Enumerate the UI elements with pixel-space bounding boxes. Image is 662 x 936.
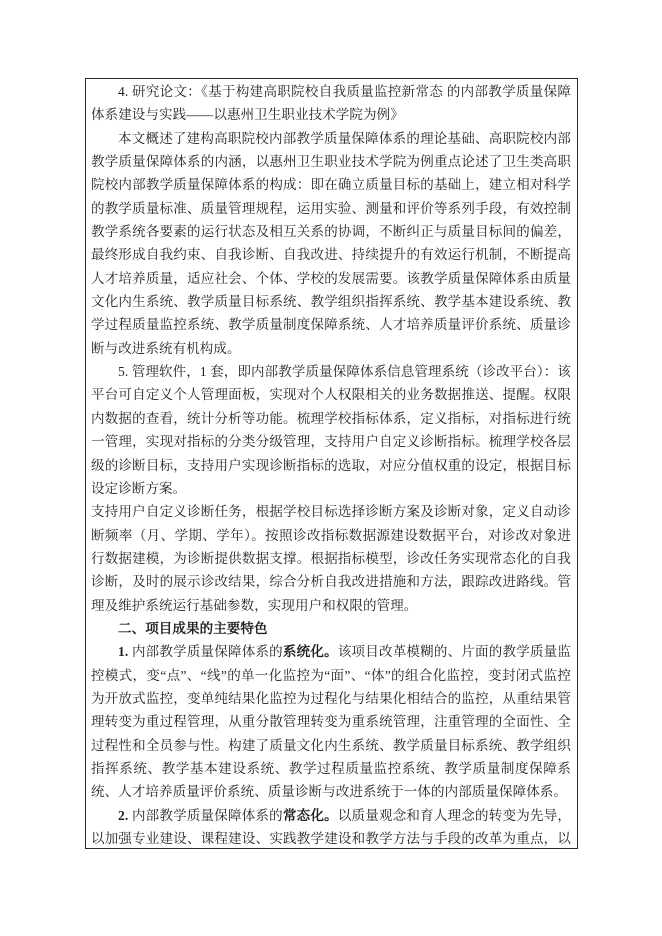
text-run: 1. [118,644,132,659]
text-run: 系统化。 [283,644,338,659]
text-run: 4. 研究论文：《基于构建高职院校自我质量监控新常态 的内部教学质量保障体系建设… [91,84,571,122]
content-border-box: 4. 研究论文：《基于构建高职院校自我质量监控新常态 的内部教学质量保障体系建设… [85,78,578,849]
text-run: 2. [118,808,132,823]
text-run: 内部教学质量保障体系的 [132,644,283,659]
paragraph: 支持用户自定义诊断任务，根据学校目标选择诊断方案及诊断对象，定义自动诊断频率（月… [91,500,571,617]
section-heading: 二、项目成果的主要特色 [91,617,571,640]
paragraph: 本文概述了建构高职院校内部教学质量保障体系的理论基础、高职院校内部教学质量保障体… [91,127,571,360]
paragraph: 2. 内部教学质量保障体系的常态化。以质量观念和育人理念的转变为先导，以加强专业… [91,804,571,849]
document-body: 4. 研究论文：《基于构建高职院校自我质量监控新常态 的内部教学质量保障体系建设… [91,80,571,849]
text-run: 本文概述了建构高职院校内部教学质量保障体系的理论基础、高职院校内部教学质量保障体… [91,131,571,356]
text-run: 二、项目成果的主要特色 [118,621,268,636]
paragraph: 5. 管理软件，1 套，即内部教学质量保障体系信息管理系统（诊改平台）：该平台可… [91,360,571,500]
text-run: 5. 管理软件，1 套，即内部教学质量保障体系信息管理系统（诊改平台）：该平台可… [91,364,571,496]
text-run: 支持用户自定义诊断任务，根据学校目标选择诊断方案及诊断对象，定义自动诊断频率（月… [91,504,571,612]
paragraph: 1. 内部教学质量保障体系的系统化。该项目改革模糊的、片面的教学质量监控模式，变… [91,640,571,803]
text-run: 内部教学质量保障体系的 [132,808,283,823]
document-page: 4. 研究论文：《基于构建高职院校自我质量监控新常态 的内部教学质量保障体系建设… [0,0,662,936]
text-run: 该项目改革模糊的、片面的教学质量监控模式，变“点”、“线”的单一化监控为“面”、… [91,644,571,799]
paragraph: 4. 研究论文：《基于构建高职院校自我质量监控新常态 的内部教学质量保障体系建设… [91,80,571,127]
text-run: 常态化。 [283,808,338,823]
